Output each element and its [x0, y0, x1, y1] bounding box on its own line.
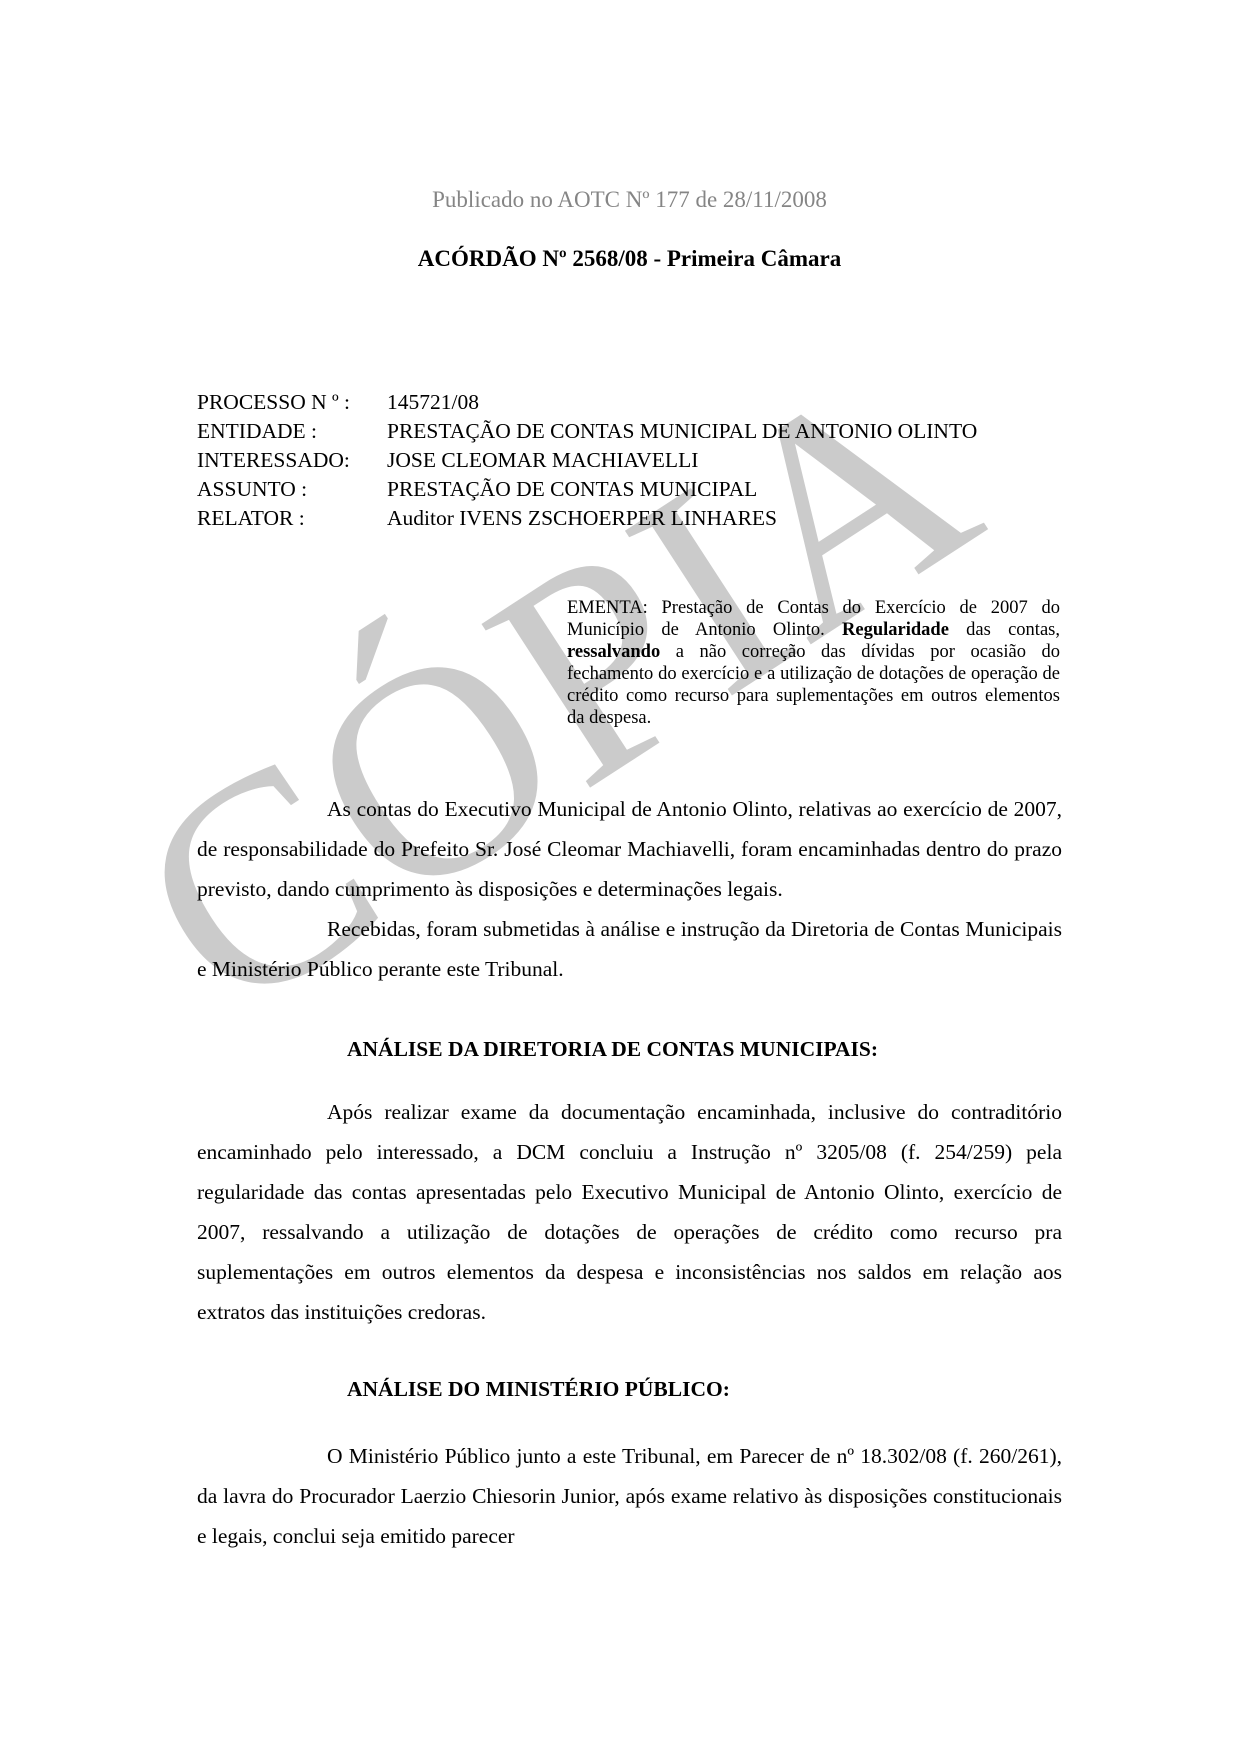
section-heading-mp: ANÁLISE DO MINISTÉRIO PÚBLICO: [197, 1369, 1062, 1409]
process-info-block: PROCESSO N º : 145721/08 ENTIDADE : PRES… [197, 388, 1062, 533]
subject-row: ASSUNTO : PRESTAÇÃO DE CONTAS MUNICIPAL [197, 475, 1062, 504]
interested-party-value: JOSE CLEOMAR MACHIAVELLI [387, 446, 1007, 475]
interested-party-label: INTERESSADO: [197, 446, 387, 475]
entity-label: ENTIDADE : [197, 417, 387, 446]
body-paragraph-1: As contas do Executivo Municipal de Anto… [197, 789, 1062, 909]
process-number-row: PROCESSO N º : 145721/08 [197, 388, 1062, 417]
process-number-value: 145721/08 [387, 388, 1007, 417]
document-title: ACÓRDÃO Nº 2568/08 - Primeira Câmara [197, 245, 1062, 273]
body-paragraph-3: Após realizar exame da documentação enca… [197, 1092, 1062, 1332]
ementa-bold-ressalvando: ressalvando [567, 642, 660, 662]
document-page: CÓPIA Publicado no AOTC Nº 177 de 28/11/… [0, 0, 1240, 1755]
ementa-summary: EMENTA: Prestação de Contas do Exercício… [567, 597, 1060, 729]
body-paragraph-4: O Ministério Público junto a este Tribun… [197, 1436, 1062, 1556]
ementa-bold-regularidade: Regularidade [842, 620, 949, 640]
subject-label: ASSUNTO : [197, 475, 387, 504]
rapporteur-value: Auditor IVENS ZSCHOERPER LINHARES [387, 504, 1007, 533]
rapporteur-label: RELATOR : [197, 504, 387, 533]
process-number-label: PROCESSO N º : [197, 388, 387, 417]
subject-value: PRESTAÇÃO DE CONTAS MUNICIPAL [387, 475, 1007, 504]
entity-row: ENTIDADE : PRESTAÇÃO DE CONTAS MUNICIPAL… [197, 417, 1062, 446]
interested-party-row: INTERESSADO: JOSE CLEOMAR MACHIAVELLI [197, 446, 1062, 475]
document-content: Publicado no AOTC Nº 177 de 28/11/2008 A… [0, 186, 1240, 1556]
entity-value: PRESTAÇÃO DE CONTAS MUNICIPAL DE ANTONIO… [387, 417, 1007, 446]
section-heading-dcm: ANÁLISE DA DIRETORIA DE CONTAS MUNICIPAI… [197, 1029, 1062, 1069]
body-paragraph-2: Recebidas, foram submetidas à análise e … [197, 909, 1062, 989]
ementa-text-2: das contas, [949, 620, 1060, 640]
rapporteur-row: RELATOR : Auditor IVENS ZSCHOERPER LINHA… [197, 504, 1062, 533]
publication-note: Publicado no AOTC Nº 177 de 28/11/2008 [197, 186, 1062, 214]
